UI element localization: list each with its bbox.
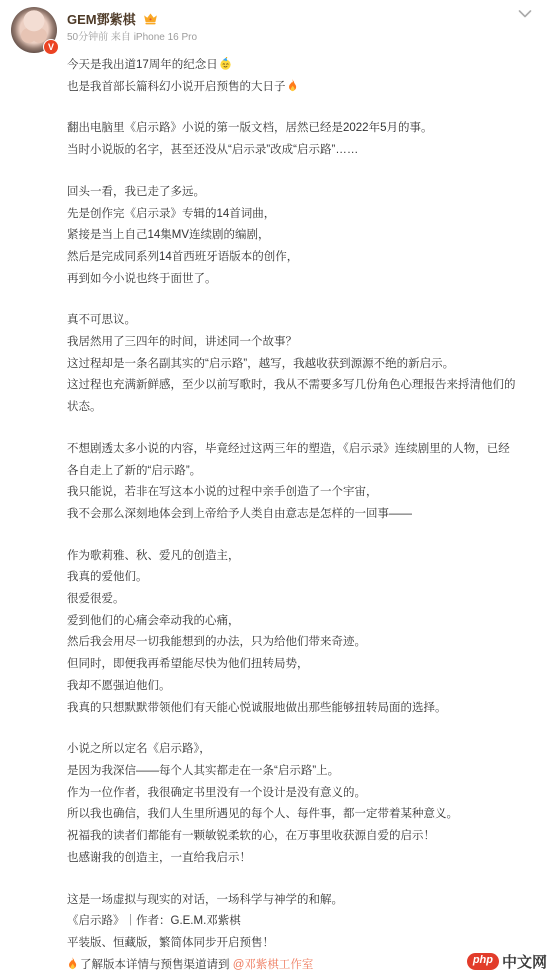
party-face-icon xyxy=(219,57,232,70)
post-line: 然后是完成同系列14首西班牙语版本的创作， xyxy=(67,247,516,269)
mention-link[interactable]: @邓紫棋工作室 xyxy=(233,959,314,971)
post-meta: 50分钟前 来自 iPhone 16 Pro xyxy=(67,31,516,45)
chevron-down-icon[interactable] xyxy=(518,10,532,18)
source-label: 来自 xyxy=(111,32,131,43)
post-line: 这过程也充满新鲜感，至少以前写歌时，我从不需要多写几份角色心理报告来捋清他们的状… xyxy=(67,375,516,418)
post-line: 不想剧透太多小说的内容，毕竟经过这两三年的塑造，《启示录》连续剧里的人物，已经各… xyxy=(67,439,516,482)
post-line: 爱到他们的心痛会牵动我的心痛， xyxy=(67,611,516,633)
post-content: GEM鄧紫棋 50分钟前 来自 iPhone 16 Pro 今天是我出道17周年… xyxy=(67,10,516,976)
presale-info-text: 了解版本详情与预售渠道请到 xyxy=(80,959,233,971)
post-paragraph: 回头一看，我已走了多远。 先是创作完《启示录》专辑的14首词曲， 紧接是当上自己… xyxy=(67,182,516,291)
post-line: 真不可思议。 xyxy=(67,310,516,332)
post-line: 也是我首部长篇科幻小说开启预售的大日子 xyxy=(67,77,516,99)
post-paragraph: 今天是我出道17周年的纪念日 也是我首部长篇科幻小说开启预售的大日子 xyxy=(67,55,516,98)
device-link[interactable]: iPhone 16 Pro xyxy=(134,32,197,43)
post-line: 再到如今小说也终于面世了。 xyxy=(67,269,516,291)
php-logo-icon: php xyxy=(467,953,499,970)
post-line: 我只能说，若非在写这本小说的过程中亲手创造了一个宇宙， xyxy=(67,482,516,504)
post-line: 是因为我深信——每个人其实都走在一条“启示路”上。 xyxy=(67,761,516,783)
verified-badge-icon: V xyxy=(43,39,59,55)
post-line: 先是创作完《启示录》专辑的14首词曲， xyxy=(67,204,516,226)
watermark-site-text: 中文网 xyxy=(502,951,547,972)
avatar[interactable]: V xyxy=(11,7,57,53)
watermark: php 中文网 xyxy=(467,951,547,972)
weibo-post-card: V GEM鄧紫棋 50分钟前 来自 iPhone 16 Pro xyxy=(0,0,550,977)
post-line: 了解版本详情与预售渠道请到 @邓紫棋工作室 xyxy=(67,955,516,977)
post-body: 今天是我出道17周年的纪念日 也是我首部长篇科幻小说开启预售的大日子 翻出电脑里… xyxy=(67,55,516,976)
post-line: 这过程却是一条名副其实的“启示路”，越写，我越收获到源源不绝的新启示。 xyxy=(67,354,516,376)
post-paragraph: 不想剧透太多小说的内容，毕竟经过这两三年的塑造，《启示录》连续剧里的人物，已经各… xyxy=(67,439,516,526)
post-line: 今天是我出道17周年的纪念日 xyxy=(67,55,516,77)
post-paragraph: 作为歌莉雅、秋、爱凡的创造主， 我真的爱他们。 很爱很爱。 爱到他们的心痛会牵动… xyxy=(67,546,516,720)
post-line: 然后我会用尽一切我能想到的办法，只为给他们带来奇迹。 xyxy=(67,632,516,654)
user-header: GEM鄧紫棋 xyxy=(67,10,516,27)
crown-icon xyxy=(143,12,158,25)
post-line: 我真的爱他们。 xyxy=(67,567,516,589)
fire-icon xyxy=(287,79,298,92)
post-paragraph: 小说之所以定名《启示路》， 是因为我深信——每个人其实都走在一条“启示路”上。 … xyxy=(67,739,516,869)
post-line: 紧接是当上自己14集MV连续剧的编剧， xyxy=(67,225,516,247)
post-line: 祝福我的读者们都能有一颗敏锐柔软的心，在万事里收获源自爱的启示！ xyxy=(67,826,516,848)
post-line: 但同时，即便我再希望能尽快为他们扭转局势， xyxy=(67,654,516,676)
post-line: 作为一位作者，我很确定书里没有一个设计是没有意义的。 xyxy=(67,783,516,805)
post-line: 很爱很爱。 xyxy=(67,589,516,611)
post-paragraph: 这是一场虚拟与现实的对话，一场科学与神学的和解。 《启示路》｜作者：G.E.M.… xyxy=(67,890,516,977)
post-paragraph: 真不可思议。 我居然用了三四年的时间，讲述同一个故事？ 这过程却是一条名副其实的… xyxy=(67,310,516,419)
username[interactable]: GEM鄧紫棋 xyxy=(67,9,136,28)
post-line: 也感谢我的创造主，一直给我启示！ xyxy=(67,848,516,870)
timestamp: 50分钟前 xyxy=(67,32,108,43)
fire-icon xyxy=(67,957,78,970)
post-line: 我真的只想默默带领他们有天能心悦诚服地做出那些能够扭转局面的选择。 xyxy=(67,698,516,720)
post-line: 平装版、恒藏版，繁简体同步开启预售！ xyxy=(67,933,516,955)
post-line: 我居然用了三四年的时间，讲述同一个故事？ xyxy=(67,332,516,354)
post-paragraph: 翻出电脑里《启示路》小说的第一版文档，居然已经是2022年5月的事。 当时小说版… xyxy=(67,118,516,161)
post-line: 我不会那么深刻地体会到上帝给予人类自由意志是怎样的一回事—— xyxy=(67,504,516,526)
post-line: 作为歌莉雅、秋、爱凡的创造主， xyxy=(67,546,516,568)
post-line: 当时小说版的名字，甚至还没从“启示录”改成“启示路”…… xyxy=(67,140,516,162)
post-line: 这是一场虚拟与现实的对话，一场科学与神学的和解。 xyxy=(67,890,516,912)
post-line: 翻出电脑里《启示路》小说的第一版文档，居然已经是2022年5月的事。 xyxy=(67,118,516,140)
post-line: 我却不愿强迫他们。 xyxy=(67,676,516,698)
post-line: 《启示路》｜作者：G.E.M.邓紫棋 xyxy=(67,911,516,933)
post-line: 所以我也确信，我们人生里所遇见的每个人、每件事，都一定带着某种意义。 xyxy=(67,804,516,826)
post-line: 小说之所以定名《启示路》， xyxy=(67,739,516,761)
post-line: 回头一看，我已走了多远。 xyxy=(67,182,516,204)
